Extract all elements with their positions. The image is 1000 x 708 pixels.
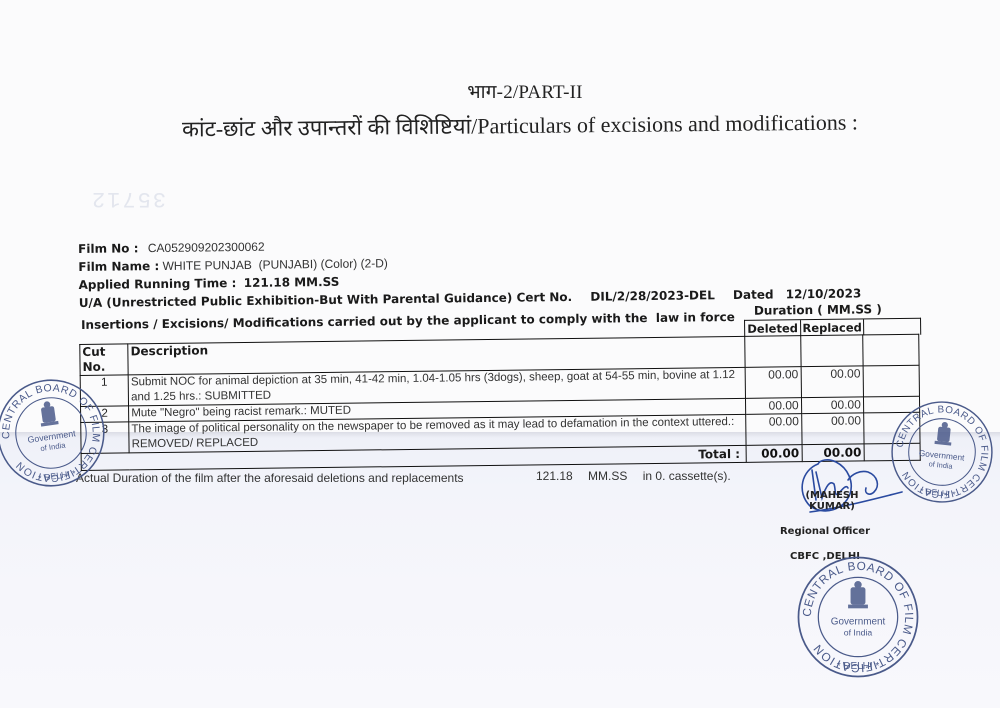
deleted-duration: 00.00 <box>745 367 801 399</box>
actual-duration-cassettes: in 0. cassette(s). <box>643 469 731 483</box>
svg-text:* DELHI *: * DELHI * <box>837 661 880 672</box>
duration-column-headers: Deleted Replaced <box>744 318 921 337</box>
blank-cell <box>863 365 920 397</box>
replaced-duration: 00.00 <box>801 397 863 414</box>
deleted-duration: 00.00 <box>746 398 801 415</box>
blank-header-cell <box>862 334 919 366</box>
cut-no-header: Cut No. <box>80 344 129 376</box>
cbfc-seal-icon: CENTRAL BOARD OF FILM CERTIFICATIONGover… <box>796 555 920 679</box>
svg-text:Government: Government <box>831 616 886 627</box>
certificate-dated-label: Dated <box>733 288 774 302</box>
deleted-header: Deleted <box>745 320 801 337</box>
replaced-duration: 00.00 <box>801 413 864 445</box>
deleted-header-cell <box>745 336 801 368</box>
signatory-name: (MAHESH KUMAR) <box>784 490 880 512</box>
svg-text:of India: of India <box>928 459 954 471</box>
table-caption: Insertions / Excisions/ Modifications ca… <box>81 310 735 332</box>
blank-header <box>864 319 920 336</box>
part-title: भाग-2/PART-II <box>50 78 1000 104</box>
certificate-date: 12/10/2023 <box>786 286 862 301</box>
actual-duration-value: 121.18 <box>536 469 573 483</box>
replaced-header: Replaced <box>801 319 864 336</box>
film-name-value: WHITE PUNJAB (PUNJABI) (Color) (2-D) <box>162 256 387 273</box>
film-no-value: CA052909202300062 <box>148 240 265 255</box>
film-name-label: Film Name : <box>78 259 159 274</box>
duration-caption: Duration ( MM.SS ) <box>754 302 882 318</box>
actual-duration-unit: MM.SS <box>588 469 627 483</box>
deleted-duration: 00.00 <box>746 414 802 446</box>
cbfc-seal-icon: CENTRAL BOARD OF FILM CERTIFICATIONGover… <box>0 371 113 495</box>
actual-duration: 121.18 MM.SS in 0. cassette(s). <box>536 469 743 483</box>
film-no-label: Film No : <box>78 241 139 256</box>
certificate-body: Film No : CA052909202300062 Film Name : … <box>78 230 921 471</box>
section-title: कांट-छांट और उपान्तरों की विशिष्टियां/Pa… <box>40 105 1000 145</box>
replaced-duration: 00.00 <box>801 366 864 398</box>
certificate-category: U/A (Unrestricted Public Exhibition-But … <box>79 290 573 310</box>
running-time-label: Applied Running Time : <box>78 276 236 292</box>
replaced-header-cell <box>800 335 863 367</box>
document-header: भाग-2/PART-II कांट-छांट और उपान्तरों की … <box>0 78 1000 140</box>
cbfc-seal-icon: CENTRAL BOARD OF FILM CERTIFICATIONGover… <box>885 395 999 509</box>
certificate-number: DIL/2/28/2023-DEL <box>590 288 715 304</box>
faint-stamp-number: 35712 <box>90 186 166 211</box>
svg-text:of India: of India <box>844 628 873 638</box>
actual-duration-label: Actual Duration of the film after the af… <box>76 471 464 485</box>
signatory-designation: Regional Officer <box>770 526 880 537</box>
running-time-value: 121.18 MM.SS <box>244 275 340 290</box>
